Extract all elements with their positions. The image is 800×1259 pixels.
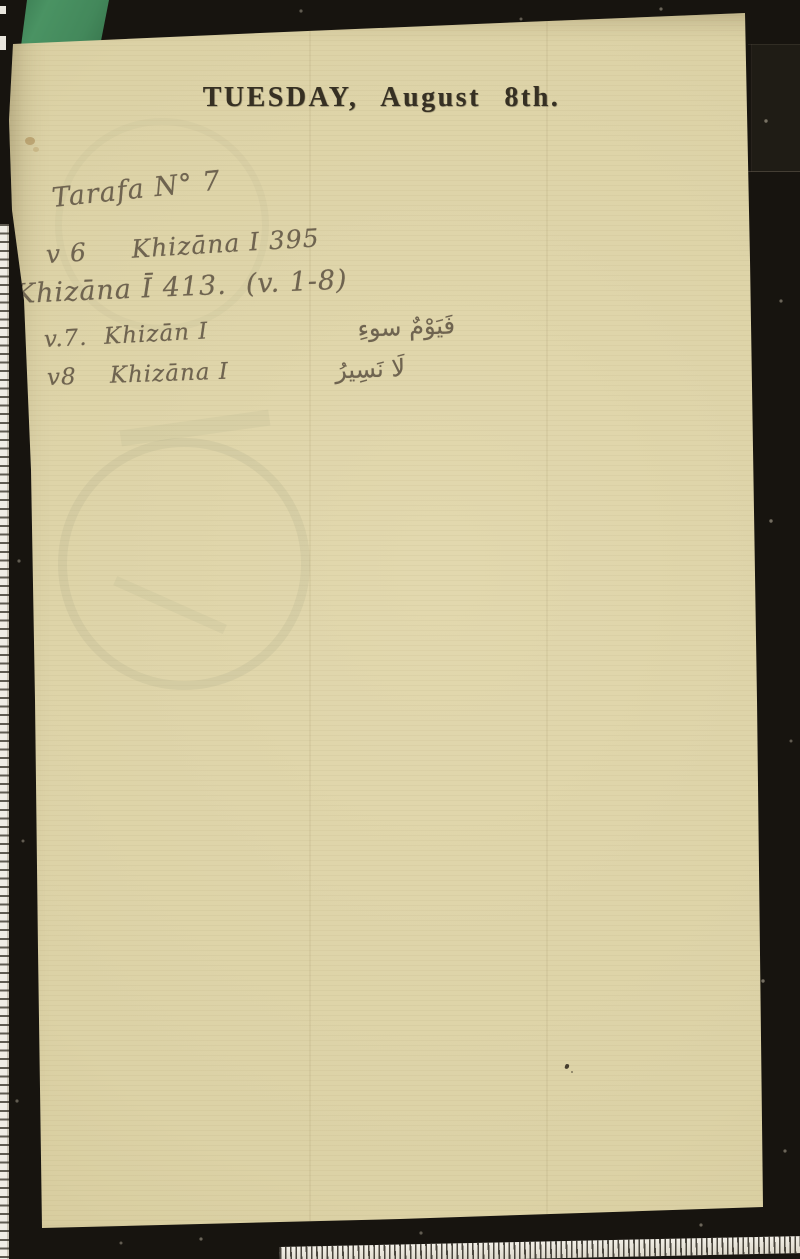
dust-specks: [0, 0, 2, 2]
left-edge-ruler-tick: [0, 36, 6, 50]
foxing-spot: [33, 147, 39, 152]
foxing-spot: [25, 137, 35, 145]
stamp-ghost-ring: [58, 438, 310, 690]
scanned-diary-page: TUESDAY, August 8th. Tarafa N° 7 v 6 Khi…: [0, 0, 800, 1259]
backdrop-seam: [751, 44, 752, 172]
backdrop-panel: [752, 44, 800, 172]
handwritten-entry-4: v.7. Khizān I: [43, 318, 209, 353]
arabic-annotation-2: لَا نَسِيرُ: [290, 354, 406, 386]
ink-dot: [571, 1071, 573, 1073]
backdrop-seam: [748, 171, 800, 172]
backdrop-seam: [748, 44, 800, 45]
bottom-edge-ruler: [280, 1235, 800, 1259]
arabic-annotation-1: فَيَوْمٌ سوءِ: [300, 311, 456, 344]
date-header: TUESDAY, August 8th.: [13, 82, 750, 114]
ink-dot: [564, 1064, 569, 1070]
left-edge-ruler-tick: [0, 6, 6, 14]
handwritten-entry-5: v8 Khizāna I: [47, 359, 230, 391]
paper-sheet: TUESDAY, August 8th. Tarafa N° 7 v 6 Khi…: [0, 0, 800, 1259]
green-index-tab: [0, 0, 120, 46]
left-edge-ruler: [0, 224, 9, 1259]
